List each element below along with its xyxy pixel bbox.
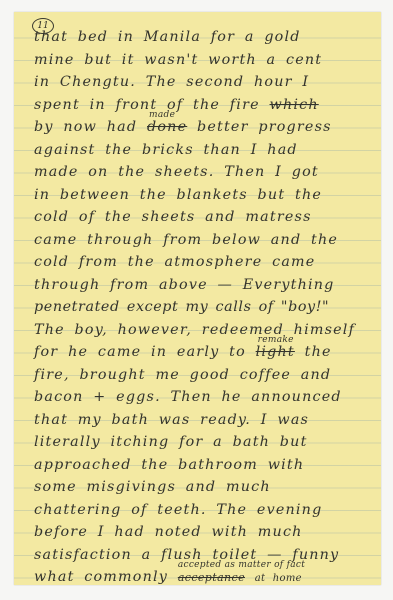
text-line: spent in front of the fire which <box>34 94 379 117</box>
text-line: what commonly accepted as matter of fact… <box>34 566 379 589</box>
text-line: that bed in Manila for a gold <box>34 26 379 49</box>
text-line: some misgivings and much <box>34 476 379 499</box>
text-line: before I had noted with much <box>34 521 379 544</box>
text-line: that my bath was ready. I was <box>34 409 379 432</box>
struck-word: acceptance <box>178 571 245 584</box>
struck-word: done <box>147 119 187 135</box>
text-fragment: better progress <box>197 119 332 135</box>
notepad-page: 11 that bed in Manila for a gold mine bu… <box>14 12 381 585</box>
text-line: made on the sheets. Then I got <box>34 161 379 184</box>
text-line: by now had madedone better progress <box>34 116 379 139</box>
inserted-word: made <box>149 110 175 120</box>
inserted-phrase: accepted as matter of fact <box>178 560 305 570</box>
edit-group: remakelight <box>256 344 295 360</box>
text-fragment: for he came in early to <box>34 344 246 360</box>
text-fragment: by now had <box>34 119 137 135</box>
text-line: literally itching for a bath but <box>34 431 379 454</box>
edit-group: madedone <box>147 119 187 135</box>
struck-word: light <box>256 344 295 360</box>
text-line: chattering of teeth. The evening <box>34 499 379 522</box>
text-fragment: the <box>305 344 332 360</box>
text-line: through from above — Everything <box>34 274 379 297</box>
text-fragment: at home <box>255 573 302 584</box>
text-line: approached the bathroom with <box>34 454 379 477</box>
text-line: bacon + eggs. Then he announced <box>34 386 379 409</box>
text-line: mine but it wasn't worth a cent <box>34 49 379 72</box>
text-line: in between the blankets but the <box>34 184 379 207</box>
struck-word: which <box>270 97 319 113</box>
text-fragment: what commonly <box>34 569 168 585</box>
text-line: cold from the atmosphere came <box>34 251 379 274</box>
handwritten-text: that bed in Manila for a gold mine but i… <box>34 26 379 589</box>
inserted-word: remake <box>258 335 294 345</box>
text-line: fire, brought me good coffee and <box>34 364 379 387</box>
text-line: came through from below and the <box>34 229 379 252</box>
text-line: The boy, however, redeemed himself <box>34 319 379 342</box>
text-line: penetrated except my calls of "boy!" <box>34 296 379 319</box>
text-line: cold of the sheets and matress <box>34 206 379 229</box>
text-line: against the bricks than I had <box>34 139 379 162</box>
edit-group: accepted as matter of factacceptance <box>178 569 245 585</box>
text-line: in Chengtu. The second hour I <box>34 71 379 94</box>
text-line: for he came in early to remakelight the <box>34 341 379 364</box>
